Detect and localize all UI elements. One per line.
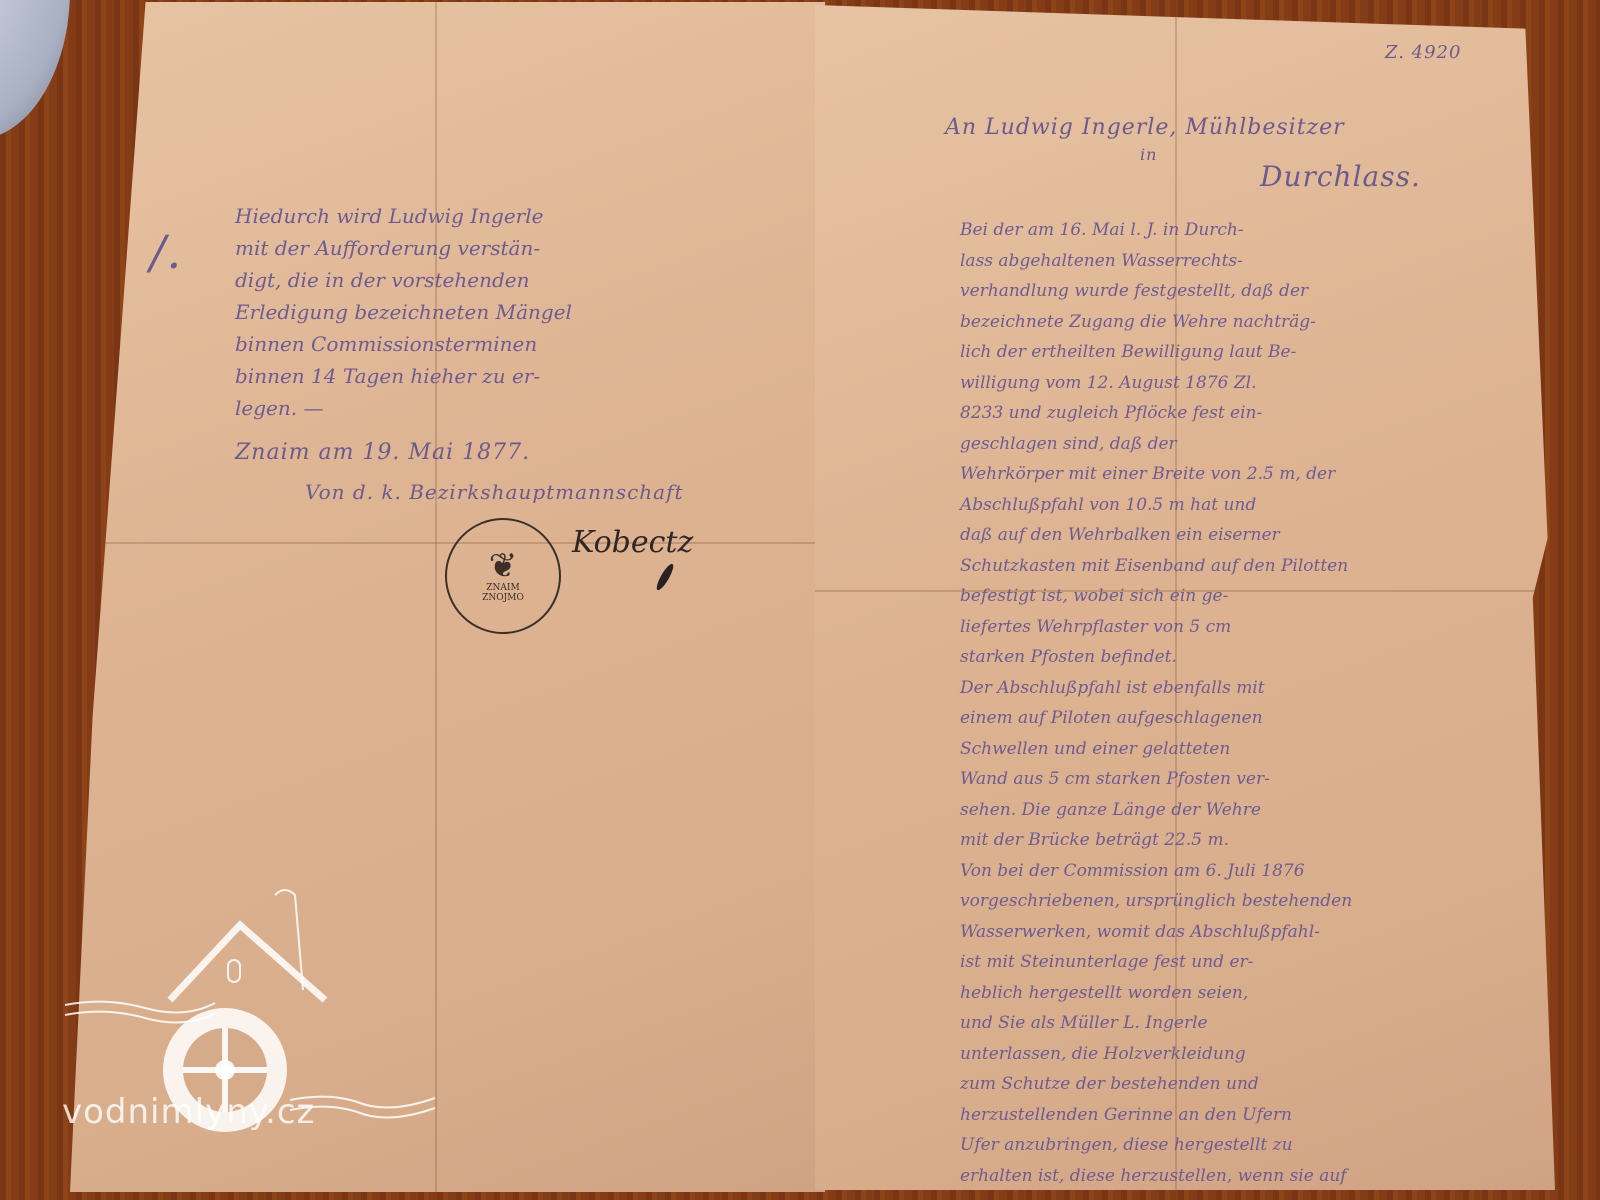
handwritten-line: Hiedurch wird Ludwig Ingerle [235,200,572,232]
reference-number: Z. 4920 [1385,42,1461,63]
handwritten-line: herzustellenden Gerinne an den Ufern [960,1100,1352,1131]
handwritten-line: binnen Commissionsterminen [235,328,572,360]
handwritten-line: lass abgehaltenen Wasserrechts- [960,246,1352,277]
left-body-text: Hiedurch wird Ludwig Ingerlemit der Auff… [235,200,572,424]
handwritten-line: Wasserwerken, womit das Abschlußpfahl- [960,917,1352,948]
handwritten-line: sehen. Die ganze Länge der Wehre [960,795,1352,826]
handwritten-line: einem auf Piloten aufgeschlagenen [960,703,1352,734]
handwritten-line: mit der Aufforderung verstän- [235,232,572,264]
handwritten-line: Schutzkasten mit Eisenband auf den Pilot… [960,551,1352,582]
handwritten-line: zum Schutze der bestehenden und [960,1069,1352,1100]
handwritten-line: vorgeschriebenen, ursprünglich bestehend… [960,886,1352,917]
stamp-text: ZNOJMO [482,593,524,603]
signature: Kobectz [572,525,693,560]
watermark-text: vodnimlyny.cz [62,1092,315,1132]
handwritten-line: digt, die in der vorstehenden [235,264,572,296]
handwritten-line: Wehrkörper mit einer Breite von 2.5 m, d… [960,459,1352,490]
handwritten-line: mit der Brücke beträgt 22.5 m. [960,825,1352,856]
handwritten-line: liefertes Wehrpflaster von 5 cm [960,612,1352,643]
handwritten-line: erhalten ist, diese herzustellen, wenn s… [960,1161,1352,1192]
double-headed-eagle-icon: ❦ [482,549,524,583]
handwritten-line: Schwellen und einer gelatteten [960,734,1352,765]
handwritten-line: befestigt ist, wobei sich ein ge- [960,581,1352,612]
handwritten-line: ist mit Steinunterlage fest und er- [960,947,1352,978]
handwritten-line: starken Pfosten befindet. [960,642,1352,673]
handwritten-line: 8233 und zugleich Pflöcke fest ein- [960,398,1352,429]
handwritten-line: lich der ertheilten Bewilligung laut Be- [960,337,1352,368]
handwritten-line: daß auf den Wehrbalken ein eiserner [960,520,1352,551]
handwritten-line: Abschlußpfahl von 10.5 m hat und [960,490,1352,521]
handwritten-line: Erledigung bezeichneten Mängel [235,296,572,328]
marginal-mark: /. [150,225,182,279]
right-body-text: Bei der am 16. Mai l. J. in Durch-lass a… [960,215,1352,1191]
stamp-text: ZNAIM [482,583,524,593]
date-line: Znaim am 19. Mai 1877. [235,440,530,465]
fold-line [70,542,825,544]
official-stamp: ❦ ZNAIM ZNOJMO [445,518,561,634]
handwritten-line: heblich hergestellt worden seien, [960,978,1352,1009]
handwritten-line: verhandlung wurde festgestellt, daß der [960,276,1352,307]
handwritten-line: unterlassen, die Holzverkleidung [960,1039,1352,1070]
authority-line: Von d. k. Bezirkshauptmannschaft [305,480,684,504]
handwritten-line: Von bei der Commission am 6. Juli 1876 [960,856,1352,887]
handwritten-line: binnen 14 Tagen hieher zu er- [235,360,572,392]
addressee-line: in [1140,145,1157,164]
handwritten-line: Der Abschlußpfahl ist ebenfalls mit [960,673,1352,704]
handwritten-line: Bei der am 16. Mai l. J. in Durch- [960,215,1352,246]
handwritten-line: Ufer anzubringen, diese hergestellt zu [960,1130,1352,1161]
addressee-place: Durchlass. [1260,160,1421,193]
handwritten-line: willigung vom 12. August 1876 Zl. [960,368,1352,399]
handwritten-line: geschlagen sind, daß der [960,429,1352,460]
handwritten-line: legen. — [235,392,572,424]
handwritten-line: und Sie als Müller L. Ingerle [960,1008,1352,1039]
handwritten-line: Wand aus 5 cm starken Pfosten ver- [960,764,1352,795]
handwritten-line: bezeichnete Zugang die Wehre nachträg- [960,307,1352,338]
addressee-line: An Ludwig Ingerle, Mühlbesitzer [945,115,1345,140]
